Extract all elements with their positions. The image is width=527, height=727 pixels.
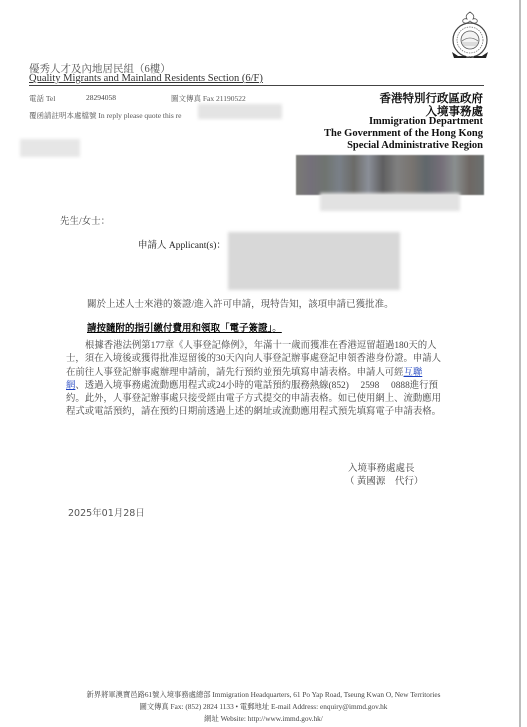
instruction-text: 請按隨附的指引繳付費用和領取「電子簽證」 bbox=[87, 324, 272, 334]
footer-website: 網址 Website: http://www.immd.gov.hk/ bbox=[0, 714, 527, 724]
reference-label: 覆函請註明本處檔號 In reply please quote this re bbox=[29, 110, 181, 121]
tel-value: 28294058 bbox=[86, 93, 116, 102]
registration-paragraph: 根據香港法例第177章《人事登記條例》，年滿十一歲而獲准在香港逗留超過180天的… bbox=[66, 340, 471, 420]
paragraph-line: 在前往人事登記辦事處辦理申請前，請先行預約並預先填寫申請表格。申請人可經互聯 bbox=[66, 367, 471, 380]
redacted-file-number bbox=[20, 139, 80, 157]
government-name-en-line1: The Government of the Hong Kong bbox=[324, 128, 483, 139]
page-edge bbox=[519, 0, 521, 727]
approval-notice: 關於上述人士來港的簽證/進入許可申請，現特告知，該項申請已獲批准。 bbox=[87, 296, 394, 310]
tel-label: 電話 Tel bbox=[29, 93, 55, 104]
letter-date: 2025年01月28日 bbox=[68, 505, 145, 519]
section-name-en: Quality Migrants and Mainland Residents … bbox=[29, 73, 263, 84]
signatory-title: 入境事務處處長 bbox=[348, 460, 415, 474]
instruction-end: 。 bbox=[272, 324, 282, 334]
paragraph-line: 約。此外，人事登記辦事處只接受經由電子方式提交的申請表格。如已使用網上、流動應用 bbox=[66, 393, 471, 406]
department-name-en: Immigration Department bbox=[369, 116, 483, 127]
redacted-reference-number bbox=[198, 104, 282, 119]
paragraph-line: 程式或電話預約，請在預約日期前透過上述的網址或流動應用程式預先填寫電子申請表格。 bbox=[66, 406, 471, 419]
paragraph-line-text: 在前往人事登記辦事處辦理申請前，請先行預約並預先填寫申請表格。申請人可經 bbox=[66, 368, 404, 378]
redacted-address-block bbox=[296, 155, 484, 195]
paragraph-line: 網、透過入境事務處流動應用程式或24小時的電話預約服務熱線(852) 2598 … bbox=[66, 380, 471, 393]
footer-address: 新界將軍澳寶邑路61號入境事務處總部 Immigration Headquart… bbox=[0, 690, 527, 700]
footer-contact: 圖文傳真 Fax: (852) 2824 1133 • 電郵地址 E-mail … bbox=[0, 702, 527, 712]
svg-text:IMMD: IMMD bbox=[466, 55, 475, 59]
government-name-en-line2: Special Administrative Region bbox=[347, 140, 483, 151]
internet-link-continued[interactable]: 網 bbox=[66, 381, 75, 391]
signatory-name: （ 黃國源 代行） bbox=[345, 473, 423, 487]
applicant-label: 申請人 Applicant(s)： bbox=[138, 237, 226, 251]
fax-number: 圖文傳真 Fax 21190522 bbox=[171, 93, 246, 104]
paragraph-line-text: 、透過入境事務處流動應用程式或24小時的電話預約服務熱線(852) 2598 0… bbox=[75, 381, 438, 391]
paragraph-line: 士，須在入境後或獲得批准逗留後的30天內向人事登記辦事處登記申領香港身份證。申請… bbox=[66, 353, 471, 366]
salutation: 先生/女士： bbox=[60, 213, 110, 227]
instruction-heading: 請按隨附的指引繳付費用和領取「電子簽證」。 bbox=[87, 320, 282, 334]
redacted-applicant-names bbox=[228, 232, 400, 290]
internet-link[interactable]: 互聯 bbox=[404, 368, 423, 378]
paragraph-line: 根據香港法例第177章《人事登記條例》，年滿十一歲而獲准在香港逗留超過180天的… bbox=[66, 340, 471, 353]
header-divider bbox=[29, 85, 484, 86]
hksar-immigration-crest-icon: IMMD bbox=[446, 10, 494, 66]
redacted-address-block-lower bbox=[320, 193, 460, 211]
